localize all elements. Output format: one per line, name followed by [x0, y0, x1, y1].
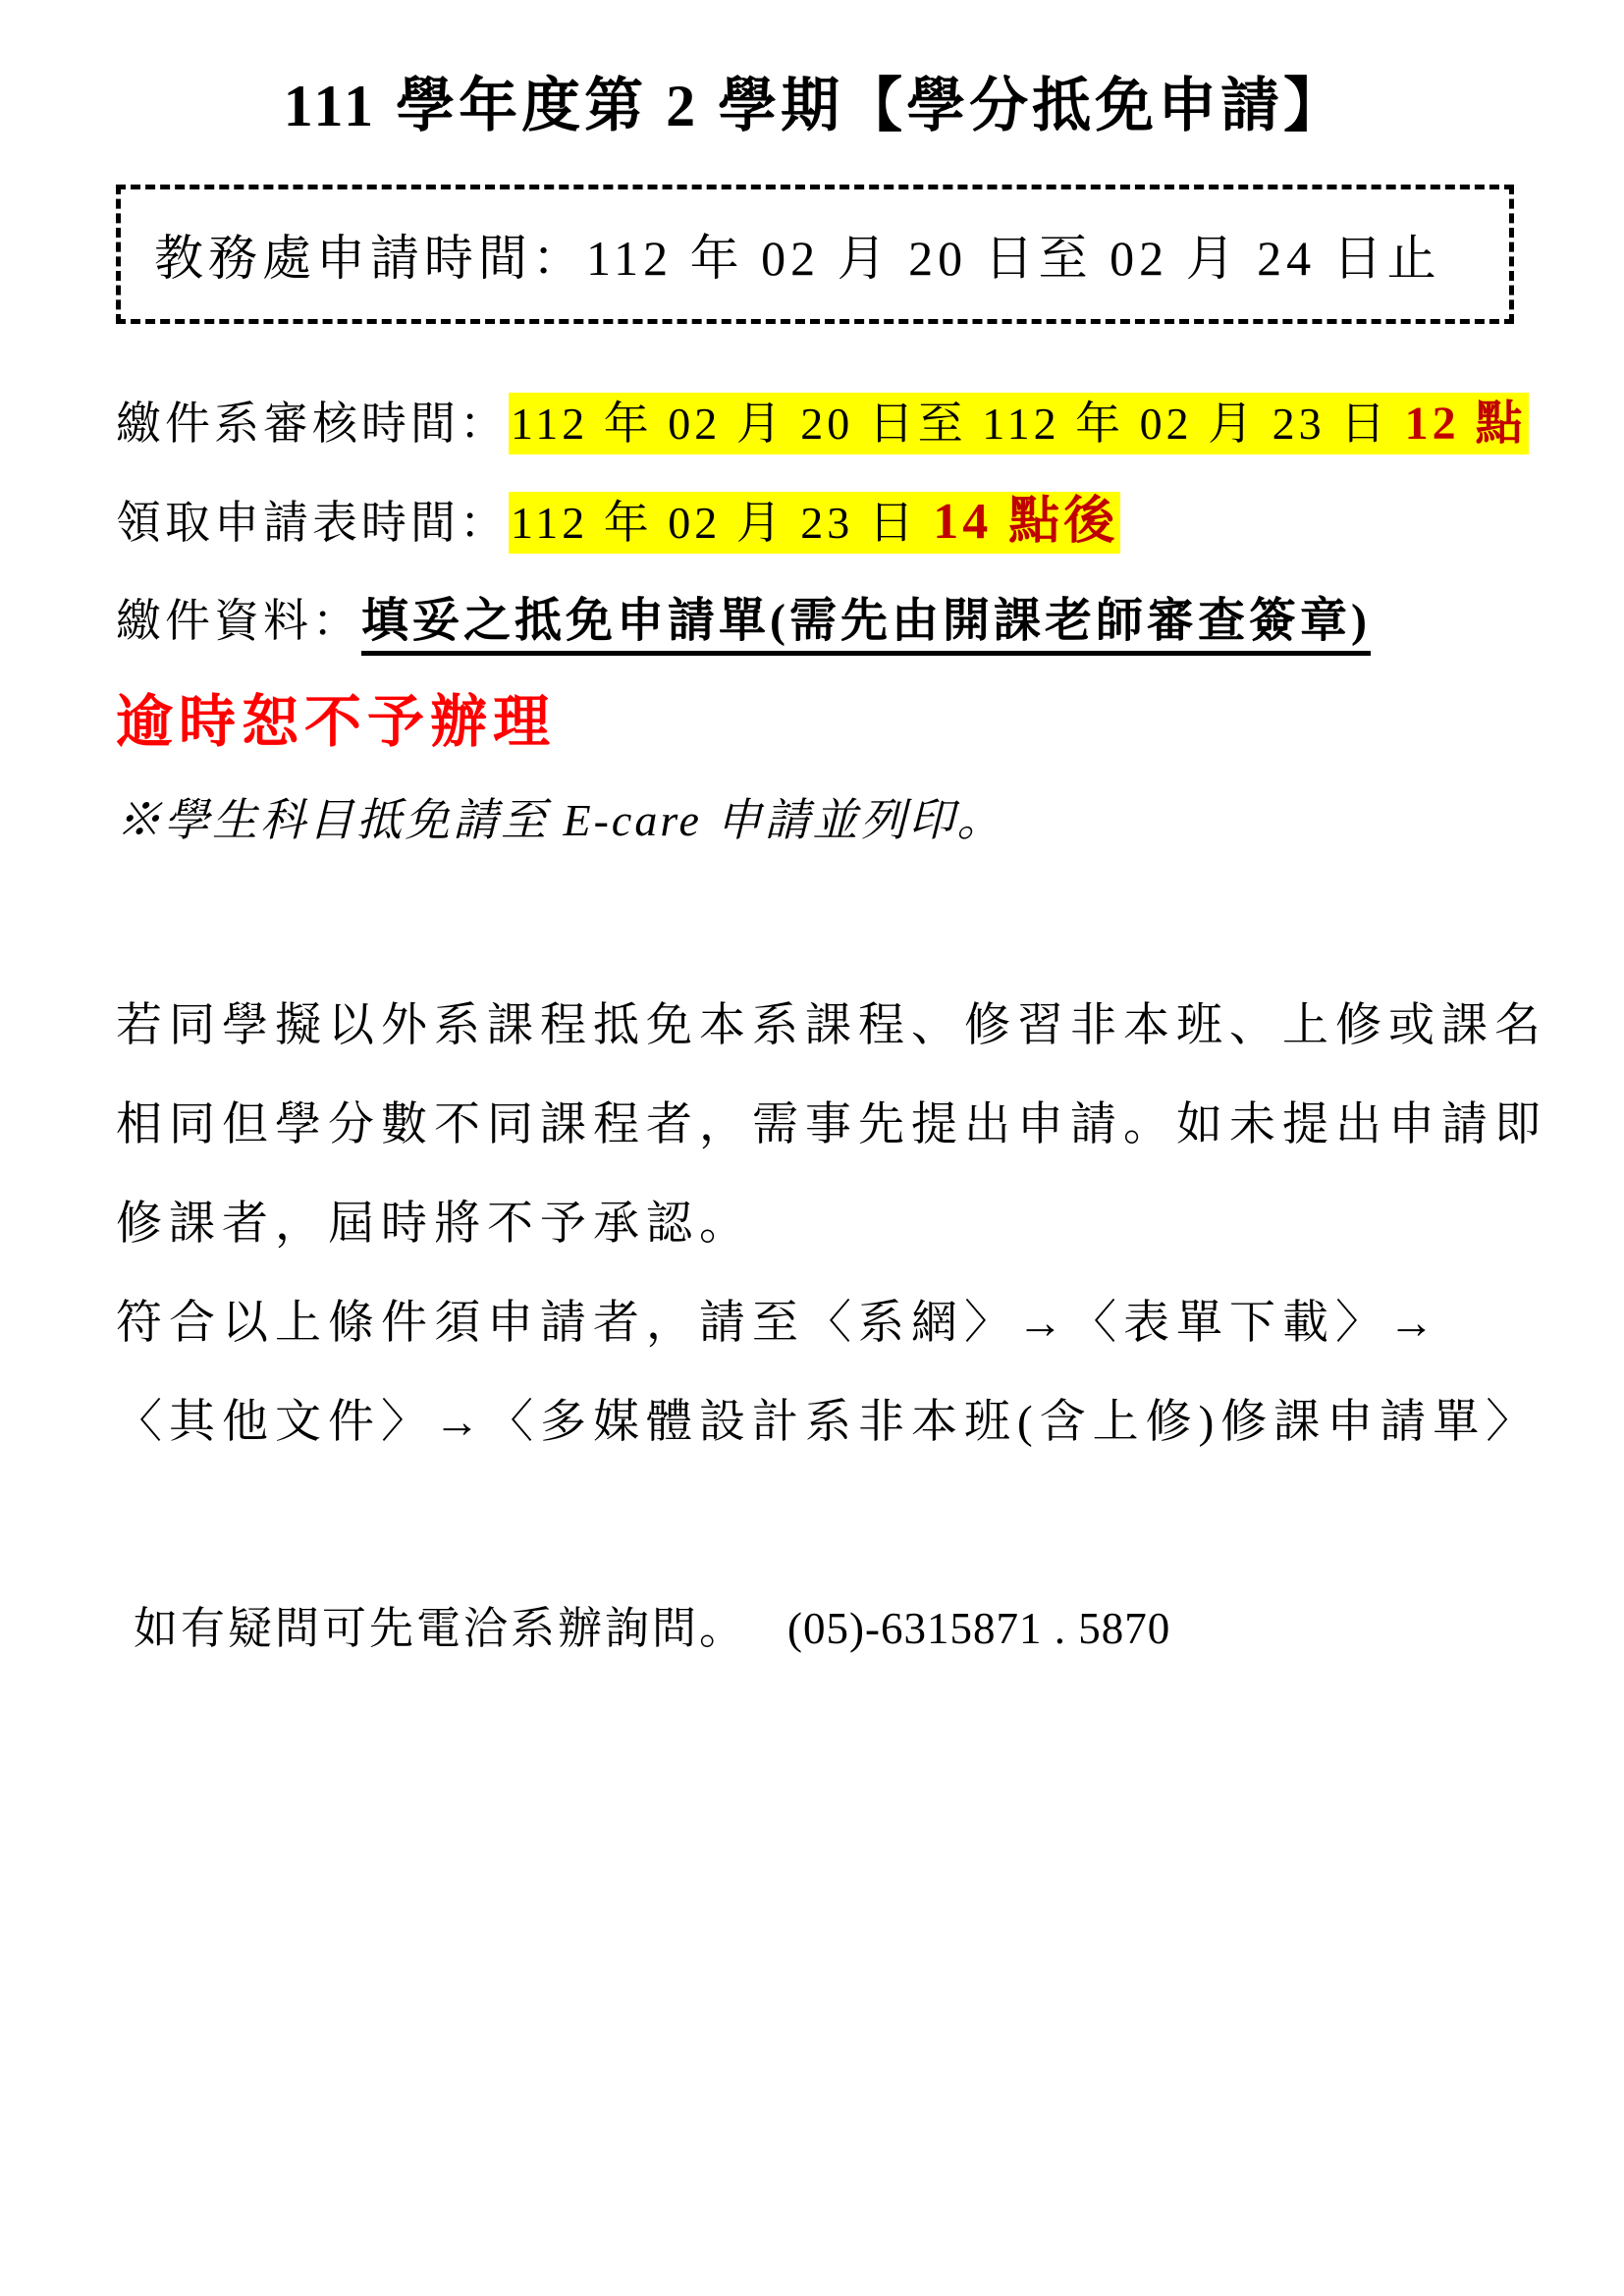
pickup-time-label: 領取申請表時間： [116, 498, 509, 548]
paragraph-line: 修課者，屆時將不予承認。 [116, 1175, 1514, 1274]
review-time-highlight: 112 年 02 月 20 日至 112 年 02 月 23 日 [511, 399, 1405, 449]
paragraph-line: 符合以上條件須申請者，請至〈系網〉→〈表單下載〉→ [116, 1274, 1514, 1373]
paragraph-line: 相同但學分數不同課程者，需事先提出申請。如未提出申請即 [116, 1076, 1514, 1175]
document-page: 111 學年度第 2 學期【學分抵免申請】 教務處申請時間：112 年 02 月… [0, 0, 1624, 2296]
page-title: 111 學年度第 2 學期【學分抵免申請】 [116, 71, 1514, 141]
paragraph-line: 若同學擬以外系課程抵免本系課程、修習非本班、上修或課名 [116, 977, 1514, 1076]
materials-detail: 填妥之抵免申請單(需先由開課老師審查簽章) [361, 595, 1371, 656]
pickup-deadline-text: 14 點後 [933, 494, 1118, 550]
review-deadline-text: 12 點 [1405, 398, 1527, 450]
conditions-paragraph: 若同學擬以外系課程抵免本系課程、修習非本班、上修或課名 相同但學分數不同課程者，… [116, 977, 1514, 1472]
materials-line: 繳件資料：填妥之抵免申請單(需先由開課老師審查簽章) [116, 572, 1514, 670]
paragraph-line: 〈其他文件〉→〈多媒體設計系非本班(含上修)修課申請單〉 [116, 1373, 1514, 1472]
phone-number: (05)-6315871 . 5870 [787, 1604, 1170, 1653]
review-time-label: 繳件系審核時間： [116, 399, 509, 449]
review-time-line: 繳件系審核時間：112 年 02 月 20 日至 112 年 02 月 23 日… [116, 375, 1514, 473]
materials-label: 繳件資料： [116, 596, 361, 646]
office-hours-box: 教務處申請時間：112 年 02 月 20 日至 02 月 24 日止 [116, 185, 1514, 324]
pickup-time-line: 領取申請表時間：112 年 02 月 23 日 14 點後 [116, 473, 1514, 572]
contact-line: 如有疑問可先電洽系辦詢問。(05)-6315871 . 5870 [116, 1582, 1514, 1676]
ecare-note: ※學生科目抵免請至 E-care 申請並列印。 [116, 774, 1514, 867]
overdue-notice: 逾時恕不予辦理 [116, 670, 1514, 774]
office-hours-text: 教務處申請時間：112 年 02 月 20 日至 02 月 24 日止 [154, 231, 1441, 286]
pickup-time-highlight: 112 年 02 月 23 日 [511, 498, 933, 548]
contact-text: 如有疑問可先電洽系辦詢問。 [134, 1604, 746, 1653]
